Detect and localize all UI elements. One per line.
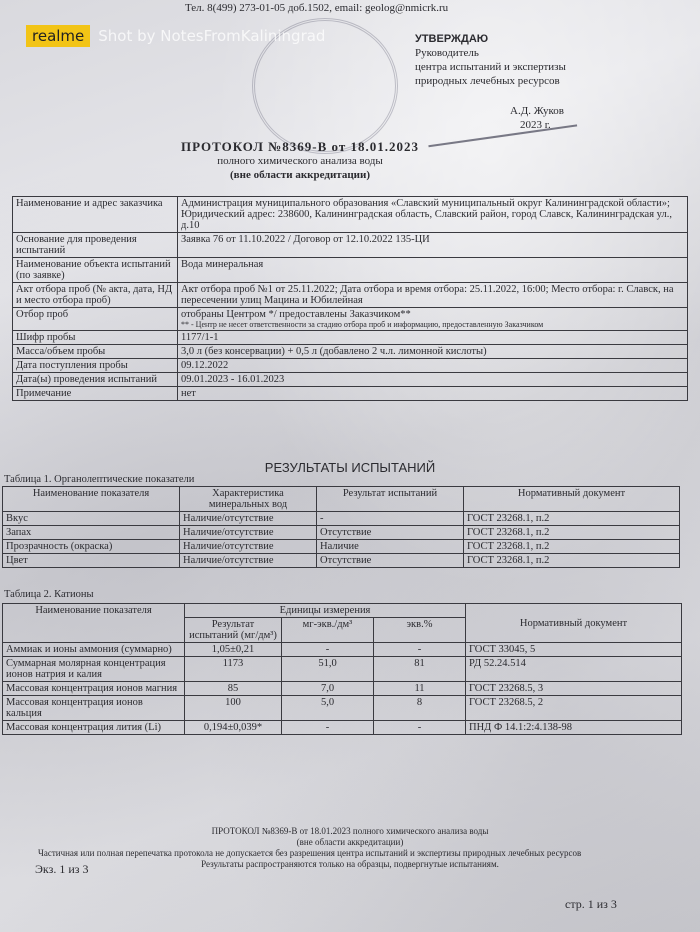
table-cell: 100 bbox=[185, 696, 282, 721]
info-row: Акт отбора проб (№ акта, дата, НД и мест… bbox=[13, 283, 688, 308]
table-cell: - bbox=[282, 721, 374, 735]
col-header: Единицы измерения bbox=[185, 604, 466, 618]
col-header: Нормативный документ bbox=[466, 604, 682, 643]
info-row: Примечаниенет bbox=[13, 387, 688, 401]
cations-table: Наименование показателя Единицы измерени… bbox=[2, 603, 682, 735]
protocol-subtitle: полного химического анализа воды bbox=[0, 154, 600, 168]
table-cell: Аммиак и ионы аммония (суммарно) bbox=[3, 643, 185, 657]
table-row: Прозрачность (окраска)Наличие/отсутствие… bbox=[3, 540, 680, 554]
table-cell: Наличие/отсутствие bbox=[180, 554, 317, 568]
table-cell: 1173 bbox=[185, 657, 282, 682]
info-row: Шифр пробы1177/1-1 bbox=[13, 331, 688, 345]
table-cell: - bbox=[282, 643, 374, 657]
info-value: нет bbox=[178, 387, 688, 401]
info-value-text: отобраны Центром */ предоставлены Заказч… bbox=[181, 309, 684, 320]
table-row: Массовая концентрация ионов магния857,01… bbox=[3, 682, 682, 696]
table-row: ЦветНаличие/отсутствиеОтсутствиеГОСТ 232… bbox=[3, 554, 680, 568]
organoleptic-table: Наименование показателя Характеристика м… bbox=[2, 486, 680, 568]
table-cell: - bbox=[374, 643, 466, 657]
table-cell: Наличие/отсутствие bbox=[180, 540, 317, 554]
info-value: Акт отбора проб №1 от 25.11.2022; Дата о… bbox=[178, 283, 688, 308]
col-header: Характеристика минеральных вод bbox=[180, 487, 317, 512]
info-note: ** - Центр не несет ответственности за с… bbox=[181, 320, 684, 329]
info-row: Наименование объекта испытаний (по заявк… bbox=[13, 258, 688, 283]
table-cell: Цвет bbox=[3, 554, 180, 568]
table-cell: Суммарная молярная концентрация ионов на… bbox=[3, 657, 185, 682]
info-label: Наименование и адрес заказчика bbox=[13, 197, 178, 233]
table1-caption: Таблица 1. Органолептические показатели bbox=[4, 474, 194, 485]
approve-title: УТВЕРЖДАЮ bbox=[415, 32, 566, 46]
info-value: 09.01.2023 - 16.01.2023 bbox=[178, 373, 688, 387]
info-row: Отбор проботобраны Центром */ предоставл… bbox=[13, 308, 688, 331]
info-row: Дата(ы) проведения испытаний09.01.2023 -… bbox=[13, 373, 688, 387]
info-label: Наименование объекта испытаний (по заявк… bbox=[13, 258, 178, 283]
table-cell: Массовая концентрация лития (Li) bbox=[3, 721, 185, 735]
approve-line: Руководитель bbox=[415, 46, 566, 60]
table-cell: Наличие/отсутствие bbox=[180, 526, 317, 540]
table-row: Аммиак и ионы аммония (суммарно)1,05±0,2… bbox=[3, 643, 682, 657]
table-cell: ГОСТ 33045, 5 bbox=[466, 643, 682, 657]
footer-results-notice: Результаты распространяются только на об… bbox=[0, 859, 700, 870]
table-cell: 5,0 bbox=[282, 696, 374, 721]
table-cell: 7,0 bbox=[282, 682, 374, 696]
col-header: Нормативный документ bbox=[464, 487, 680, 512]
table-cell: 1,05±0,21 bbox=[185, 643, 282, 657]
col-header: Результат испытаний bbox=[317, 487, 464, 512]
table-row: ЗапахНаличие/отсутствиеОтсутствиеГОСТ 23… bbox=[3, 526, 680, 540]
table-cell: Вкус bbox=[3, 512, 180, 526]
table-cell: РД 52.24.514 bbox=[466, 657, 682, 682]
info-label: Отбор проб bbox=[13, 308, 178, 331]
results-heading: РЕЗУЛЬТАТЫ ИСПЫТАНИЙ bbox=[0, 460, 700, 475]
table-row: Массовая концентрация ионов кальция1005,… bbox=[3, 696, 682, 721]
footer: ПРОТОКОЛ №8369-В от 18.01.2023 полного х… bbox=[0, 826, 700, 870]
page-number: стр. 1 из 3 bbox=[565, 897, 617, 912]
info-label: Дата(ы) проведения испытаний bbox=[13, 373, 178, 387]
brand-badge: realme bbox=[26, 25, 90, 47]
info-row: Основание для проведения испытанийЗаявка… bbox=[13, 233, 688, 258]
table-cell: ГОСТ 23268.5, 3 bbox=[466, 682, 682, 696]
info-value: Заявка 76 от 11.10.2022 / Договор от 12.… bbox=[178, 233, 688, 258]
footer-scope: (вне области аккредитации) bbox=[0, 837, 700, 848]
sample-info-table: Наименование и адрес заказчикаАдминистра… bbox=[12, 196, 688, 401]
col-header: Наименование показателя bbox=[3, 487, 180, 512]
table-cell: ГОСТ 23268.1, п.2 bbox=[464, 554, 680, 568]
contact-line: Тел. 8(499) 273-01-05 доб.1502, email: g… bbox=[185, 2, 448, 14]
approve-line: природных лечебных ресурсов bbox=[415, 74, 566, 88]
info-value: 09.12.2022 bbox=[178, 359, 688, 373]
table-cell: ГОСТ 23268.1, п.2 bbox=[464, 526, 680, 540]
table-cell: Наличие bbox=[317, 540, 464, 554]
footer-protocol: ПРОТОКОЛ №8369-В от 18.01.2023 полного х… bbox=[0, 826, 700, 837]
table-cell: 8 bbox=[374, 696, 466, 721]
info-row: Масса/объем пробы3,0 л (без консервации)… bbox=[13, 345, 688, 359]
table-cell: Наличие/отсутствие bbox=[180, 512, 317, 526]
camera-watermark: realme Shot by NotesFromKaliningrad bbox=[26, 25, 325, 47]
info-value: Вода минеральная bbox=[178, 258, 688, 283]
table-cell: Прозрачность (окраска) bbox=[3, 540, 180, 554]
info-row: Наименование и адрес заказчикаАдминистра… bbox=[13, 197, 688, 233]
info-value: 1177/1-1 bbox=[178, 331, 688, 345]
approve-line: центра испытаний и экспертизы bbox=[415, 60, 566, 74]
table-cell: ГОСТ 23268.1, п.2 bbox=[464, 512, 680, 526]
info-label: Дата поступления пробы bbox=[13, 359, 178, 373]
table-cell: 11 bbox=[374, 682, 466, 696]
shot-by-text: Shot by NotesFromKaliningrad bbox=[98, 27, 325, 45]
table-cell: - bbox=[374, 721, 466, 735]
table-row: Массовая концентрация лития (Li)0,194±0,… bbox=[3, 721, 682, 735]
col-header: мг-экв./дм³ bbox=[282, 618, 374, 643]
table-cell: 85 bbox=[185, 682, 282, 696]
info-label: Акт отбора проб (№ акта, дата, НД и мест… bbox=[13, 283, 178, 308]
info-value: 3,0 л (без консервации) + 0,5 л (добавле… bbox=[178, 345, 688, 359]
info-label: Шифр пробы bbox=[13, 331, 178, 345]
table-cell: 0,194±0,039* bbox=[185, 721, 282, 735]
table-cell: 51,0 bbox=[282, 657, 374, 682]
col-header: Результат испытаний (мг/дм³) bbox=[185, 618, 282, 643]
table2-caption: Таблица 2. Катионы bbox=[4, 589, 94, 600]
protocol-number: ПРОТОКОЛ №8369-В от 18.01.2023 bbox=[0, 140, 600, 154]
info-row: Дата поступления пробы09.12.2022 bbox=[13, 359, 688, 373]
copy-number: Экз. 1 из 3 bbox=[35, 862, 89, 877]
table-cell: ГОСТ 23268.1, п.2 bbox=[464, 540, 680, 554]
table-cell: Отсутствие bbox=[317, 554, 464, 568]
col-header: экв.% bbox=[374, 618, 466, 643]
table-cell: Массовая концентрация ионов магния bbox=[3, 682, 185, 696]
table-cell: ПНД Ф 14.1:2:4.138-98 bbox=[466, 721, 682, 735]
table-cell: Массовая концентрация ионов кальция bbox=[3, 696, 185, 721]
table-row: Суммарная молярная концентрация ионов на… bbox=[3, 657, 682, 682]
info-value: Администрация муниципального образования… bbox=[178, 197, 688, 233]
protocol-title: ПРОТОКОЛ №8369-В от 18.01.2023 полного х… bbox=[0, 140, 600, 182]
table-row: ВкусНаличие/отсутствие-ГОСТ 23268.1, п.2 bbox=[3, 512, 680, 526]
table-cell: Запах bbox=[3, 526, 180, 540]
info-value: отобраны Центром */ предоставлены Заказч… bbox=[178, 308, 688, 331]
table-cell: 81 bbox=[374, 657, 466, 682]
table-cell: - bbox=[317, 512, 464, 526]
info-label: Основание для проведения испытаний bbox=[13, 233, 178, 258]
info-label: Примечание bbox=[13, 387, 178, 401]
col-header: Наименование показателя bbox=[3, 604, 185, 643]
footer-reprint-notice: Частичная или полная перепечатка протоко… bbox=[0, 848, 700, 859]
table-cell: ГОСТ 23268.5, 2 bbox=[466, 696, 682, 721]
table-cell: Отсутствие bbox=[317, 526, 464, 540]
protocol-scope: (вне области аккредитации) bbox=[0, 168, 600, 182]
info-label: Масса/объем пробы bbox=[13, 345, 178, 359]
